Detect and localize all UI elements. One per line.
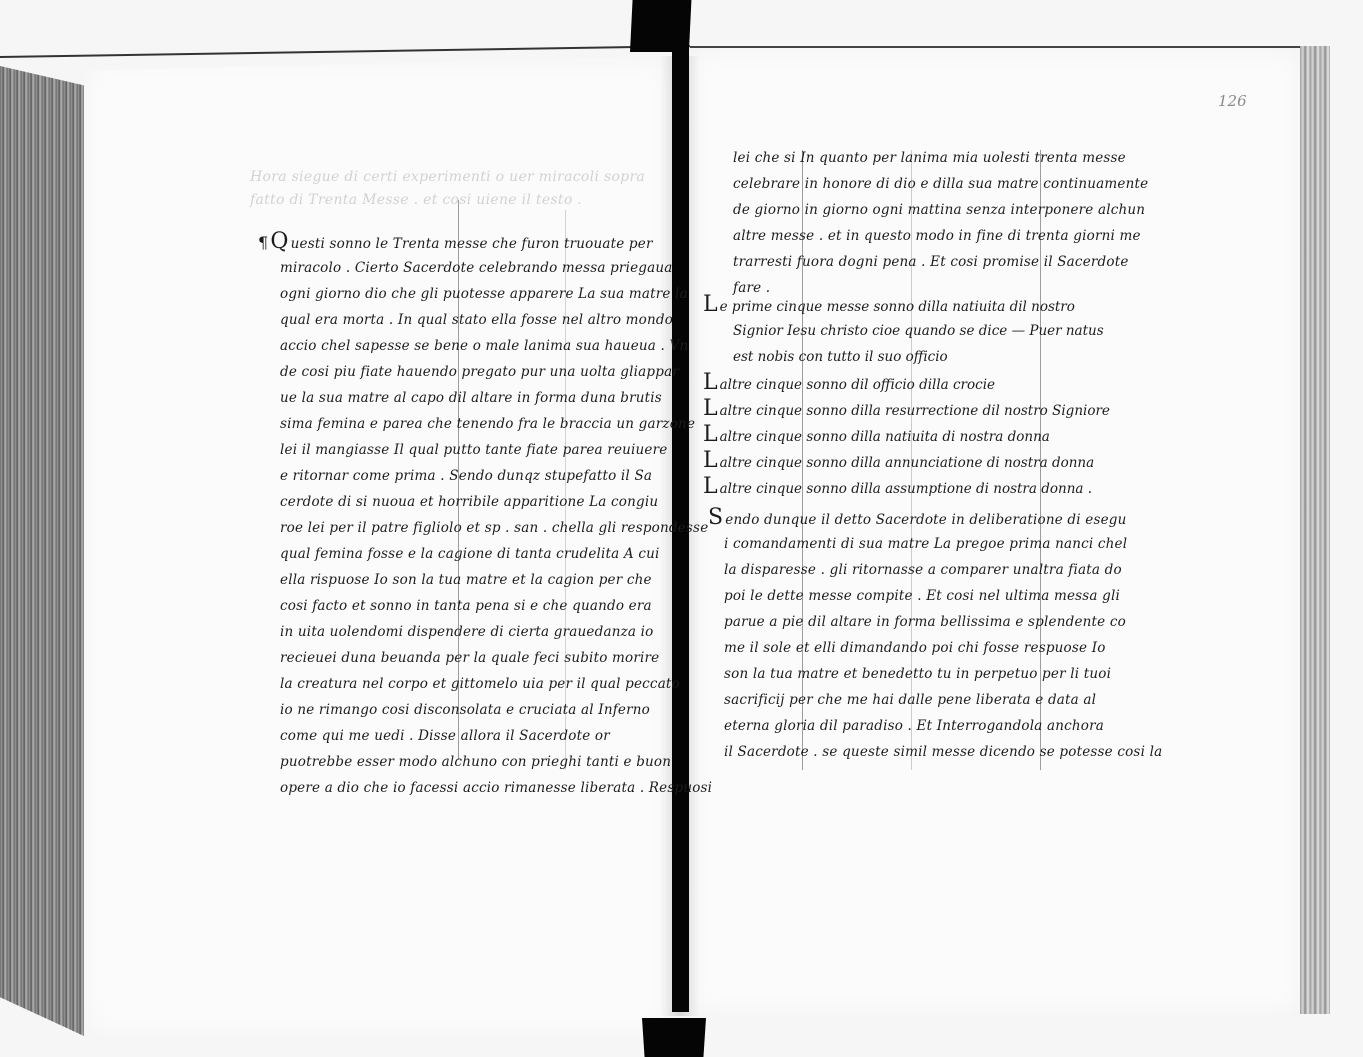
- text-line-content: altre cinque sonno dilla annunciatione d…: [720, 455, 1095, 471]
- initial-letter: L: [703, 448, 718, 473]
- text-line: qual femina fosse e la cagione di tanta …: [258, 541, 663, 567]
- initial-letter: L: [703, 422, 718, 447]
- initial-letter: Q: [270, 229, 288, 254]
- left-page-edges: [0, 66, 84, 1036]
- text-line: ue la sua matre al capo dil altare in fo…: [258, 385, 663, 411]
- text-line: la creatura nel corpo et gittomelo uia p…: [258, 671, 663, 697]
- text-line: qual era morta . In qual stato ella foss…: [258, 307, 663, 333]
- text-line: il Sacerdote . se queste simil messe dic…: [708, 739, 1108, 765]
- list-item-annunciation: Laltre cinque sonno dilla annunciatione …: [703, 448, 1123, 474]
- text-line: lei che si In quanto per lanima mia uole…: [733, 145, 1123, 171]
- right-page-edges: [1300, 46, 1330, 1014]
- text-line: in uita uolendomi dispendere di cierta g…: [258, 619, 663, 645]
- text-line: de cosi piu fiate hauendo pregato pur un…: [258, 359, 663, 385]
- text-line: Signior Iesu christo cioe quando se dice…: [703, 318, 1123, 344]
- text-line: miracolo . Cierto Sacerdote celebrando m…: [258, 255, 663, 281]
- list-item-nativity-our-lady: Laltre cinque sonno dilla natiuita di no…: [703, 422, 1123, 448]
- text-line: Sendo dunque il detto Sacerdote in delib…: [708, 505, 1108, 531]
- text-line: sacrificij per che me hai dalle pene lib…: [708, 687, 1108, 713]
- text-line: ella rispuose Io son la tua matre et la …: [258, 567, 663, 593]
- text-line: parue a pie dil altare in forma bellissi…: [708, 609, 1108, 635]
- initial-letter: L: [703, 292, 718, 317]
- initial-letter: S: [708, 505, 723, 530]
- text-line-content: altre cinque sonno dilla natiuita di nos…: [720, 429, 1050, 445]
- masses-list: Le prime cinque messe sonno dilla natiui…: [703, 292, 1123, 500]
- text-line: puotrebbe esser modo alchuno con prieghi…: [258, 749, 663, 775]
- text-line-content: uesti sonno le Trenta messe che furon tr…: [291, 236, 653, 252]
- bookmark-ribbon-bottom: [642, 1018, 706, 1057]
- text-line: est nobis con tutto il suo officio: [703, 344, 1123, 370]
- initial-letter: L: [703, 474, 718, 499]
- list-item-cross: Laltre cinque sonno dil officio dilla cr…: [703, 370, 1123, 396]
- list-item-first-five: Le prime cinque messe sonno dilla natiui…: [703, 292, 1123, 370]
- list-item-resurrection: Laltre cinque sonno dilla resurrectione …: [703, 396, 1123, 422]
- text-line: poi le dette messe compite . Et cosi nel…: [708, 583, 1108, 609]
- text-line: me il sole et elli dimandando poi chi fo…: [708, 635, 1108, 661]
- text-line-content: e prime cinque messe sonno dilla natiuit…: [720, 299, 1075, 315]
- text-line: sima femina e parea che tenendo fra le b…: [258, 411, 663, 437]
- text-line: lei il mangiasse Il qual putto tante fia…: [258, 437, 663, 463]
- left-page-top-edge: [0, 45, 690, 58]
- text-line-content: altre cinque sonno dilla assumptione di …: [720, 481, 1092, 497]
- text-line: e ritornar come prima . Sendo dunqz stup…: [258, 463, 663, 489]
- text-line: i comandamenti di sua matre La pregoe pr…: [708, 531, 1108, 557]
- text-line: la disparesse . gli ritornasse a compare…: [708, 557, 1108, 583]
- right-page-opening-text: lei che si In quanto per lanima mia uole…: [733, 145, 1123, 301]
- faint-heading: Hora siegue di certi experimenti o uer m…: [250, 166, 670, 212]
- text-line: cerdote di si nuoua et horribile apparit…: [258, 489, 663, 515]
- text-line: opere a dio che io facessi accio rimanes…: [258, 775, 663, 801]
- text-line: altre messe . et in questo modo in fine …: [733, 223, 1123, 249]
- initial-letter: L: [703, 370, 718, 395]
- bookmark-ribbon-top: [630, 0, 694, 52]
- pilcrow-mark: ¶: [258, 233, 268, 252]
- text-line: de giorno in giorno ogni mattina senza i…: [733, 197, 1123, 223]
- faint-heading-line: Hora siegue di certi experimenti o uer m…: [250, 166, 670, 189]
- text-line: roe lei per il patre figliolo et sp . sa…: [258, 515, 663, 541]
- text-line-content: endo dunque il detto Sacerdote in delibe…: [725, 512, 1126, 528]
- list-item-assumption: Laltre cinque sonno dilla assumptione di…: [703, 474, 1123, 500]
- left-page-text: ¶Questi sonno le Trenta messe che furon …: [258, 229, 663, 801]
- right-page-closing-text: Sendo dunque il detto Sacerdote in delib…: [708, 505, 1108, 765]
- text-line: son la tua matre et benedetto tu in perp…: [708, 661, 1108, 687]
- faint-heading-line: fatto di Trenta Messe . et cosi uiene il…: [250, 189, 670, 212]
- text-line: io ne rimango cosi disconsolata e crucia…: [258, 697, 663, 723]
- initial-letter: L: [703, 396, 718, 421]
- text-line: accio chel sapesse se bene o male lanima…: [258, 333, 663, 359]
- text-line-content: altre cinque sonno dilla resurrectione d…: [720, 403, 1110, 419]
- text-line: ogni giorno dio che gli puotesse apparer…: [258, 281, 663, 307]
- text-line: come qui me uedi . Disse allora il Sacer…: [258, 723, 663, 749]
- text-line: celebrare in honore di dio e dilla sua m…: [733, 171, 1123, 197]
- text-line: ¶Questi sonno le Trenta messe che furon …: [258, 229, 663, 255]
- text-line: cosi facto et sonno in tanta pena si e c…: [258, 593, 663, 619]
- folio-number: 126: [1218, 92, 1247, 110]
- text-line: eterna gloria dil paradiso . Et Interrog…: [708, 713, 1108, 739]
- text-line: trarresti fuora dogni pena . Et cosi pro…: [733, 249, 1123, 275]
- text-line: Le prime cinque messe sonno dilla natiui…: [703, 292, 1123, 318]
- text-line: recieuei duna beuanda per la quale feci …: [258, 645, 663, 671]
- text-line-content: altre cinque sonno dil officio dilla cro…: [720, 377, 995, 393]
